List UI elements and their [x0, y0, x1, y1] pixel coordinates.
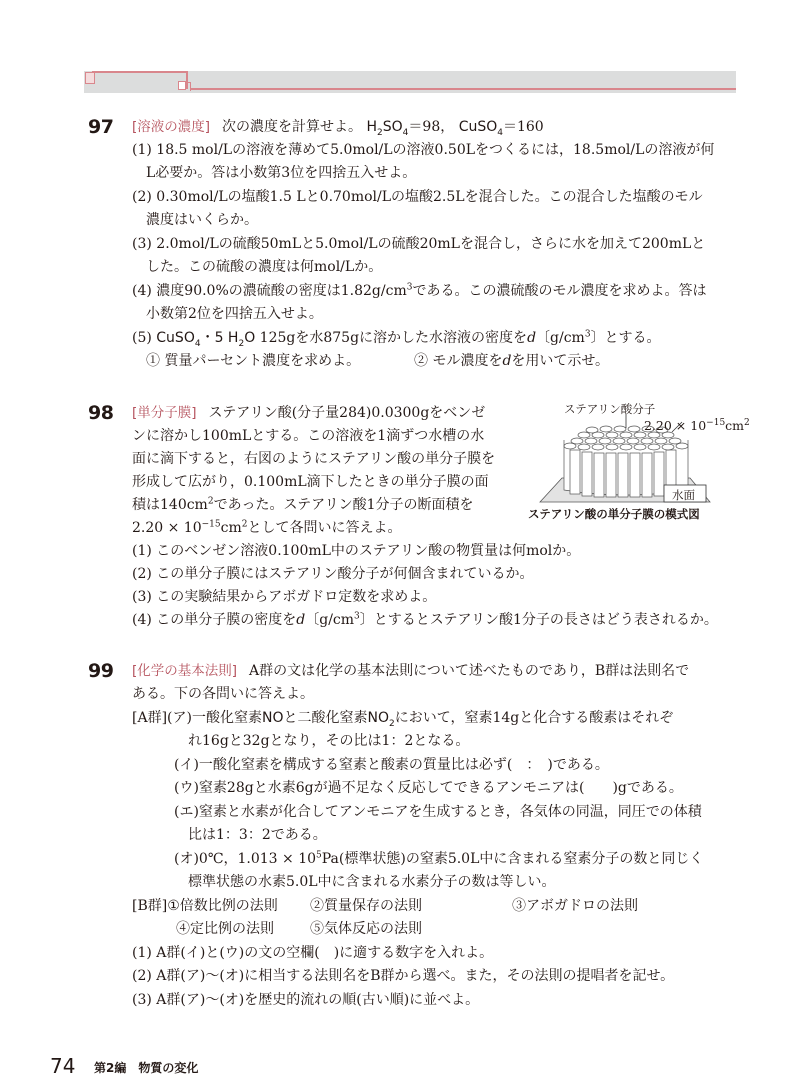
header-decoration-box	[85, 72, 95, 84]
body-line-3: 面に滴下すると，右図のようにステアリン酸の単分子膜を	[132, 448, 495, 470]
header-decoration-line	[92, 71, 188, 73]
question-1-line1: (1) 18.5 mol/Lの溶液を薄めて5.0mol/Lの溶液0.50Lをつく…	[132, 139, 714, 161]
problem-number: 98	[88, 402, 113, 424]
problem-number: 99	[88, 660, 113, 682]
body-line-5: 積は140cm2であった。ステアリン酸1分子の断面積を	[132, 494, 474, 516]
question-5-sub1: ① 質量パーセント濃度を求めよ。	[146, 350, 360, 372]
intro-text: 次の濃度を計算せよ。	[222, 119, 362, 135]
figure-label-area: 2.20 × 10−15cm2	[644, 418, 750, 433]
group-a-item-o-line2: 標準状態の水素5.0L中に含まれる水素分子の数は等しい。	[188, 871, 556, 893]
group-b-line1: [B群]①倍数比例の法則	[132, 895, 278, 917]
question-3: (3) この実験結果からアボガドロ定数を求めよ。	[132, 586, 436, 608]
figure-label-water-surface: 水面	[672, 487, 695, 503]
problem-tag: [溶液の濃度]	[132, 119, 210, 135]
question-4-line1: (4) 濃度90.0%の濃硫酸の密度は1.82g/cm3である。この濃硫酸のモル…	[132, 280, 706, 302]
group-a-item-a: [A群](ア)一酸化窒素NOと二酸化窒素NO2において，窒素14gと化合する酸素…	[132, 707, 673, 729]
body-line-6: 2.20 × 10−15cm2として各問いに答えよ。	[132, 517, 401, 539]
monolayer-figure: ステアリン酸分子 2.20 × 10−15cm2 水面 ステアリン酸の単分子膜の…	[522, 400, 742, 525]
group-a-item-o-line1: (オ)0℃，1.013 × 105Pa(標準状態)の窒素5.0L中に含まれる窒素…	[174, 848, 703, 870]
question-2: (2) A群(ア)～(オ)に相当する法則名をB群から選べ。また，その法則の提唱者…	[132, 965, 674, 987]
figure-caption: ステアリン酸の単分子膜の模式図	[528, 506, 700, 522]
group-a-item-a-line2: れ16gと32gとなり，その比は1：2となる。	[188, 730, 469, 752]
problem-intro: [溶液の濃度]次の濃度を計算せよ。 H2SO4＝98， CuSO4＝160	[132, 116, 544, 138]
law-2: ②質量保存の法則	[310, 895, 422, 917]
question-3: (3) A群(ア)～(オ)を歴史的流れの順(古い順)に並べよ。	[132, 989, 479, 1011]
formula-cuso4: CuSO4	[459, 119, 503, 135]
section-title: 第2編 物質の変化	[94, 1059, 198, 1076]
question-3-line1: (3) 2.0mol/Lの硫酸50mLと5.0mol/Lの硫酸20mLを混合し，…	[132, 233, 705, 255]
body-line-2: ある。下の各問いに答えよ。	[132, 683, 314, 705]
law-1: ①倍数比例の法則	[167, 898, 278, 914]
question-4: (4) この単分子膜の密度をd〔g/cm3〕とするとステアリン酸1分子の長さはど…	[132, 609, 718, 631]
formula-h2so4: H2SO4	[367, 119, 409, 135]
group-a-item-e-line1: (エ)窒素と水素が化合してアンモニアを生成するとき，各気体の同温，同圧での体積	[174, 801, 702, 823]
question-2-line2: 濃度はいくらか。	[146, 209, 258, 231]
question-2: (2) この単分子膜にはステアリン酸分子が何個含まれているか。	[132, 563, 533, 585]
question-1-line2: L必要か。答は小数第3位を四捨五入せよ。	[146, 162, 416, 184]
page-number: 74	[50, 1054, 75, 1078]
problem-tag: [化学の基本法則]	[132, 663, 237, 679]
figure-label-molecule: ステアリン酸分子	[564, 401, 655, 417]
question-5-sub2: ② モル濃度をdを用いて示せ。	[414, 350, 609, 372]
question-1: (1) このベンゼン溶液0.100mL中のステアリン酸の物質量は何molか。	[132, 540, 580, 562]
body-line-1: [化学の基本法則]A群の文は化学の基本法則について述べたものであり，B群は法則名…	[132, 660, 689, 682]
group-a-label: [A群]	[132, 710, 167, 726]
law-5: ⑤気体反応の法則	[310, 918, 422, 940]
problem-tag: [単分子膜]	[132, 405, 197, 421]
body-line-4: 形成して広がり，0.100mL滴下したときの単分子膜の面	[132, 471, 489, 493]
question-5-line1: (5) CuSO4・5 H2O 125gを水875gに溶かした水溶液の密度をd〔…	[132, 327, 661, 349]
group-a-item-u: (ウ)窒素28gと水素6gが過不足なく反応してできるアンモニアは( )gである。	[174, 777, 683, 799]
group-a-item-e-line2: 比は1：3：2である。	[188, 824, 327, 846]
formula-value: ＝98，	[408, 119, 454, 135]
question-4-line2: 小数第2位を四捨五入せよ。	[146, 303, 323, 325]
header-decoration-step	[185, 82, 191, 91]
question-1: (1) A群(イ)と(ウ)の文の空欄( )に適する数字を入れよ。	[132, 942, 493, 964]
formula-value: ＝160	[503, 119, 544, 135]
problem-number: 97	[88, 116, 113, 138]
law-4: ④定比例の法則	[176, 918, 274, 940]
law-3: ③アボガドロの法則	[512, 895, 638, 917]
body-line-2: ンに溶かし100mLとする。この溶液を1滴ずつ水槽の水	[132, 425, 484, 447]
header-decoration-line	[190, 88, 736, 90]
question-3-line2: した。この硫酸の濃度は何mol/Lか。	[146, 256, 382, 278]
group-a-item-i: (イ)一酸化窒素を構成する窒素と酸素の質量比は必ず( ： )である。	[174, 754, 609, 776]
body-line-1: [単分子膜]ステアリン酸(分子量284)0.0300gをベンゼ	[132, 402, 485, 424]
group-b-label: [B群]	[132, 898, 167, 914]
question-2-line1: (2) 0.30mol/Lの塩酸1.5 Lと0.70mol/Lの塩酸2.5Lを混…	[132, 186, 703, 208]
